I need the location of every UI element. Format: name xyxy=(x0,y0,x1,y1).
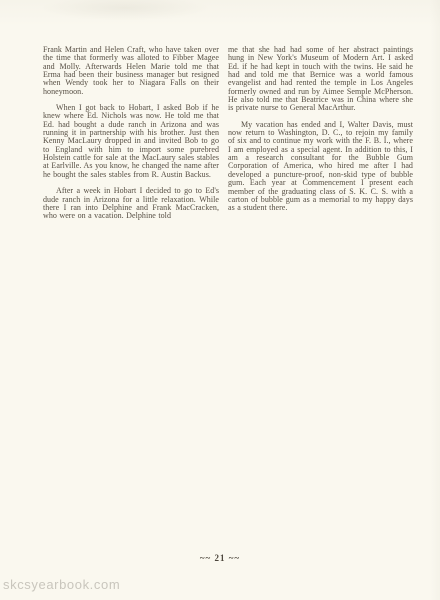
body-paragraph: After a week in Hobart I decided to go t… xyxy=(43,187,219,220)
right-column: me that she had had some of her abstract… xyxy=(228,46,413,229)
body-paragraph: When I got back to Hobart, I asked Bob i… xyxy=(43,104,219,179)
yearbook-page: Frank Martin and Helen Craft, who have t… xyxy=(0,0,440,600)
page-number: ~~ 21 ~~ xyxy=(0,553,440,563)
text-columns: Frank Martin and Helen Craft, who have t… xyxy=(43,46,413,229)
left-column: Frank Martin and Helen Craft, who have t… xyxy=(43,46,219,229)
body-paragraph: Frank Martin and Helen Craft, who have t… xyxy=(43,46,219,96)
body-paragraph: me that she had had some of her abstract… xyxy=(228,46,413,113)
watermark: skcsyearbook.com xyxy=(3,577,120,592)
body-paragraph: My vacation has ended and I, Walter Davi… xyxy=(228,121,413,213)
